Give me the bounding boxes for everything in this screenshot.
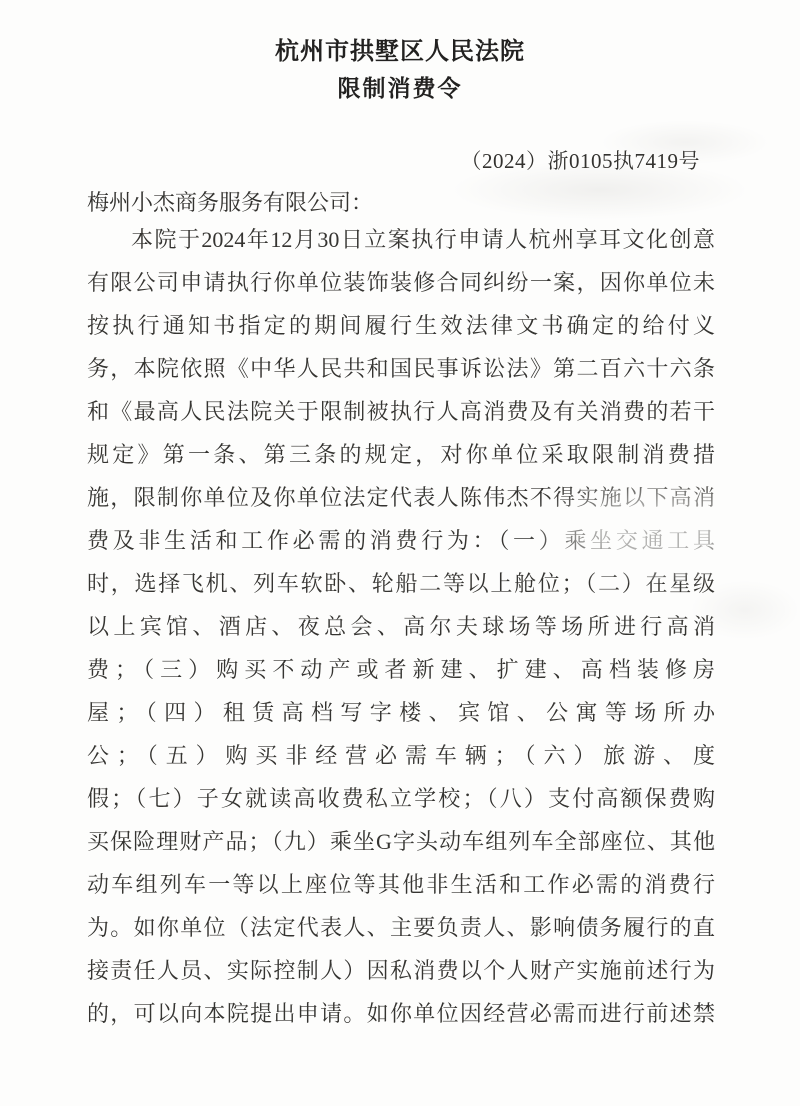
body-line: 以上宾馆、酒店、夜总会、高尔夫球场等场所进行高消 (87, 605, 715, 648)
body-line: 费及非生活和工作必需的消费行为：（一）乘坐交通工具 (87, 519, 715, 562)
body-line: 时，选择飞机、列车软卧、轮船二等以上舱位；（二）在星级 (87, 562, 715, 605)
document-page: 杭州市拱墅区人民法院 限制消费令 （2024）浙0105执7419号 梅州小杰商… (0, 0, 800, 1106)
body-line: 有限公司申请执行你单位装饰装修合同纠纷一案，因你单位未 (87, 261, 715, 304)
document-body: 本院于2024年12月30日立案执行申请人杭州享耳文化创意 有限公司申请执行你单… (87, 218, 715, 1035)
body-line: 接责任人员、实际控制人）因私消费以个人财产实施前述行为 (87, 949, 715, 992)
body-line: 屋；（四）租赁高档写字楼、宾馆、公寓等场所办 (87, 691, 715, 734)
body-line: 和《最高人民法院关于限制被执行人高消费及有关消费的若干 (87, 390, 715, 433)
body-line: 按执行通知书指定的期间履行生效法律文书确定的给付义 (87, 304, 715, 347)
body-line: 假；（七）子女就读高收费私立学校；（八）支付高额保费购 (87, 777, 715, 820)
body-line: 施，限制你单位及你单位法定代表人陈伟杰不得实施以下高消 (87, 476, 715, 519)
document-title: 限制消费令 (0, 70, 800, 103)
body-line: 费；（三）购买不动产或者新建、扩建、高档装修房 (87, 648, 715, 691)
body-line: 公；（五）购买非经营必需车辆；（六）旅游、度 (87, 734, 715, 777)
body-line: 动车组列车一等以上座位等其他非生活和工作必需的消费行 (87, 863, 715, 906)
body-line: 本院于2024年12月30日立案执行申请人杭州享耳文化创意 (87, 218, 715, 261)
body-line: 的，可以向本院提出申请。如你单位因经营必需而进行前述禁 (87, 992, 715, 1035)
body-line: 为。如你单位（法定代表人、主要负责人、影响债务履行的直 (87, 906, 715, 949)
body-line: 规定》第一条、第三条的规定，对你单位采取限制消费措 (87, 433, 715, 476)
addressee: 梅州小杰商务服务有限公司： (87, 186, 373, 217)
court-name: 杭州市拱墅区人民法院 (0, 31, 800, 66)
body-line: 务，本院依照《中华人民共和国民事诉讼法》第二百六十六条 (87, 347, 715, 390)
body-line: 买保险理财产品；（九）乘坐G字头动车组列车全部座位、其他 (87, 820, 715, 863)
case-number: （2024）浙0105执7419号 (461, 145, 701, 175)
